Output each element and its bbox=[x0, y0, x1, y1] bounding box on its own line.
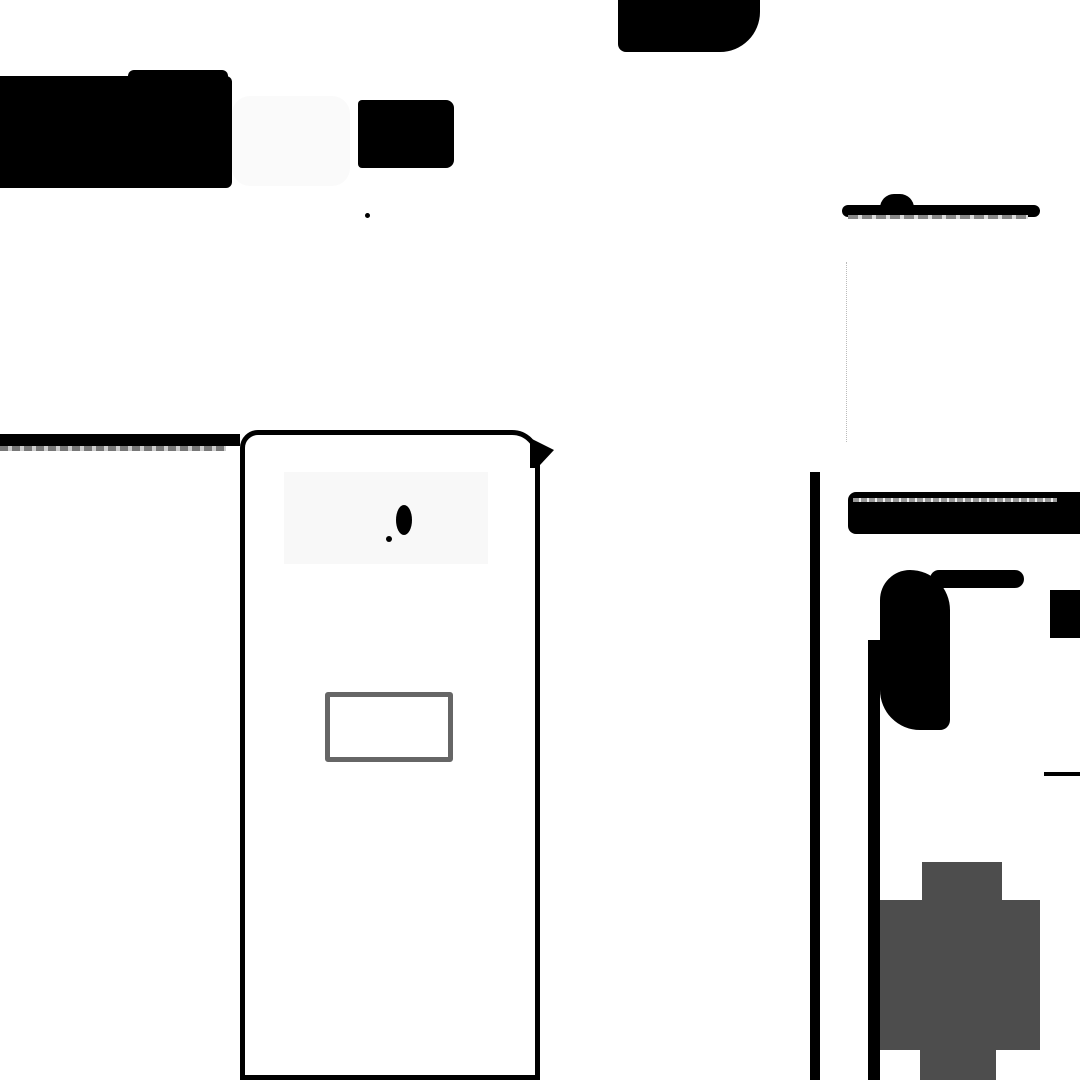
card-avatar-icon bbox=[396, 505, 412, 535]
slider-tick-strip bbox=[848, 215, 1028, 219]
right-rail bbox=[810, 472, 820, 1080]
right-gray-block bbox=[880, 900, 1040, 1050]
right-silhouette-shape bbox=[880, 570, 950, 730]
right-silhouette-arm bbox=[930, 570, 1024, 588]
card-header bbox=[284, 472, 488, 564]
card-button[interactable] bbox=[325, 692, 453, 762]
top-left-square-button[interactable] bbox=[358, 100, 454, 168]
card-dot-icon bbox=[386, 536, 392, 542]
right-edge-line bbox=[1044, 772, 1080, 776]
top-left-bar-tab bbox=[128, 70, 228, 82]
top-left-light-block[interactable] bbox=[232, 96, 350, 186]
card-corner-icon bbox=[530, 438, 554, 468]
left-rail-strip bbox=[0, 446, 226, 451]
right-inner-rail bbox=[868, 640, 880, 1080]
dotted-divider bbox=[846, 262, 861, 442]
right-gray-block-bottom bbox=[920, 1040, 996, 1080]
right-edge-icon bbox=[1050, 590, 1080, 638]
top-center-shape bbox=[618, 0, 760, 52]
dot-marker bbox=[365, 213, 370, 218]
top-left-bar bbox=[0, 76, 232, 188]
right-gray-block-top bbox=[922, 862, 1002, 902]
left-rail bbox=[0, 434, 240, 446]
right-top-strip bbox=[853, 498, 1057, 502]
